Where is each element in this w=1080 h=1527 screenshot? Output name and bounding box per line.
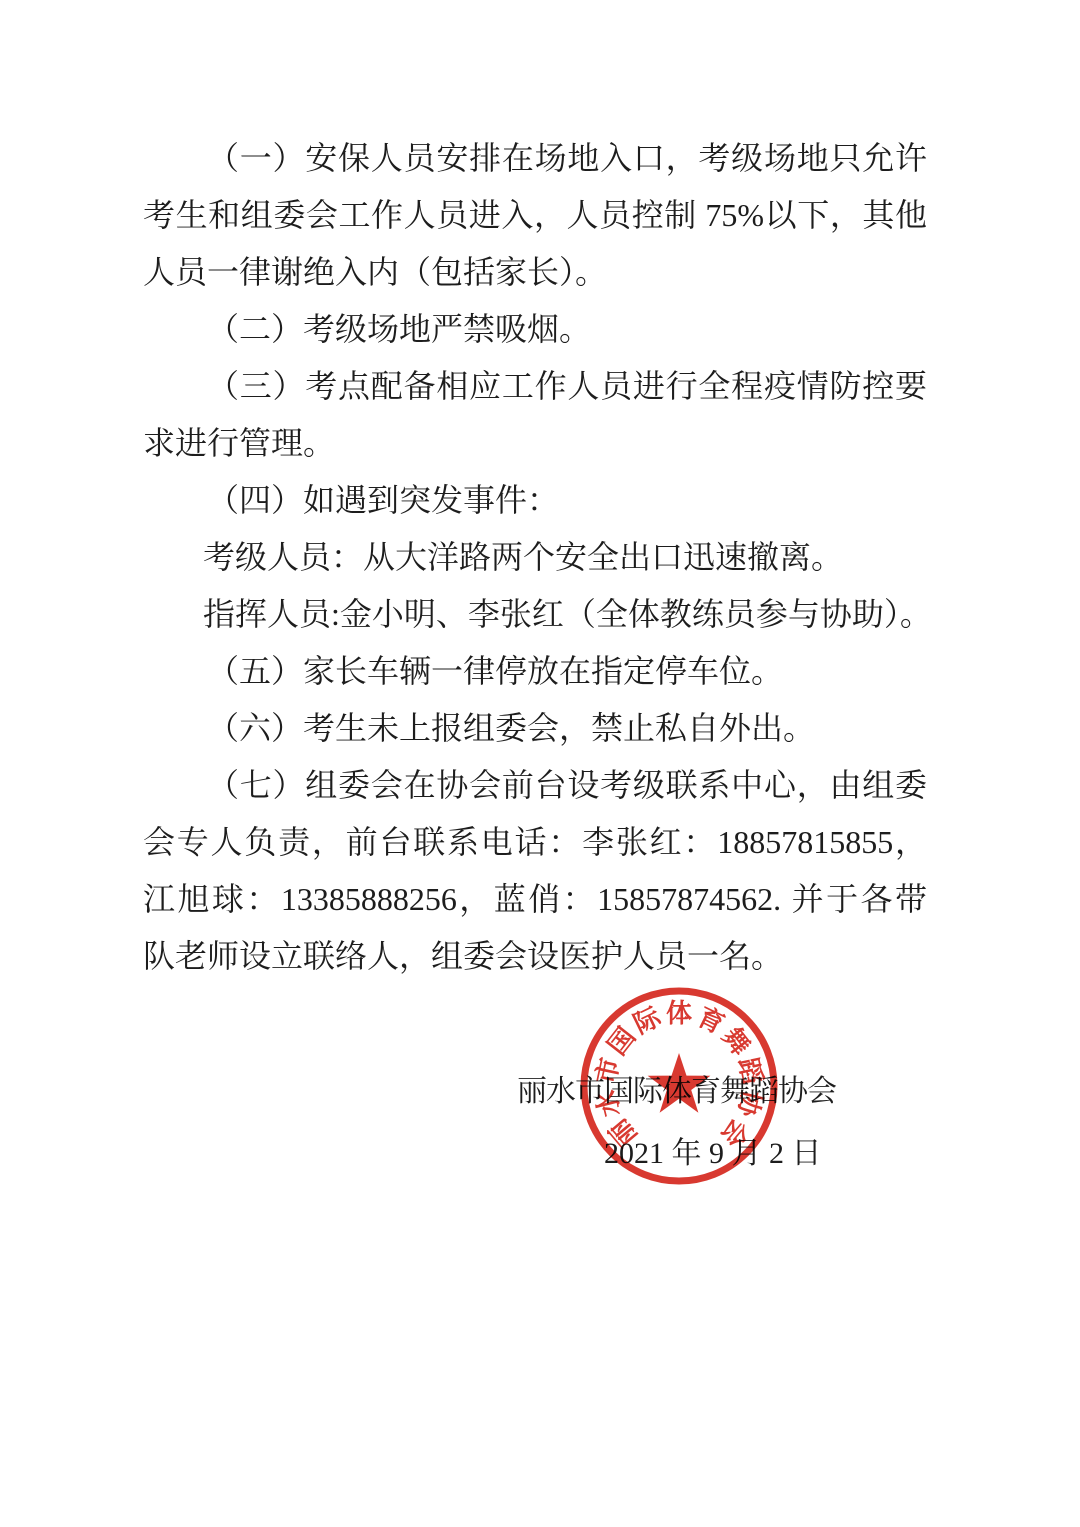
seal-star-icon — [648, 1053, 711, 1113]
document-line: 考生和组委会工作人员进入，人员控制 75%以下，其他 — [143, 187, 927, 244]
document-line: 江旭球：13385888256，蓝俏：15857874562. 并于各带 — [143, 871, 927, 928]
document-line: 队老师设立联络人，组委会设医护人员一名。 — [143, 928, 927, 985]
document-line: （二）考级场地严禁吸烟。 — [143, 301, 927, 358]
document-line: （一）安保人员安排在场地入口，考级场地只允许 — [143, 130, 927, 187]
seal-ring-char: 协 — [732, 1087, 767, 1120]
seal-ring-char: 市 — [591, 1055, 625, 1086]
official-seal: 丽水市国际体育舞蹈协会 — [569, 976, 789, 1196]
seal-ring-char: 水 — [591, 1087, 625, 1119]
seal-ring-char: 际 — [629, 1002, 666, 1040]
document-line: （六）考生未上报组委会，禁止私自外出。 — [143, 700, 927, 757]
document-line: 指挥人员:金小明、李张红（全体教练员参与协助）。 — [143, 586, 927, 643]
document-line: （三）考点配备相应工作人员进行全程疫情防控要 — [143, 358, 927, 415]
document-line: （七）组委会在协会前台设考级联系中心，由组委 — [143, 757, 927, 814]
document-line: 人员一律谢绝入内（包括家长）。 — [143, 244, 927, 301]
document-page: （一）安保人员安排在场地入口，考级场地只允许考生和组委会工作人员进入，人员控制 … — [0, 0, 1080, 1527]
seal-ring-char: 体 — [666, 999, 692, 1028]
document-body: （一）安保人员安排在场地入口，考级场地只允许考生和组委会工作人员进入，人员控制 … — [143, 130, 927, 985]
document-line: （五）家长车辆一律停放在指定停车位。 — [143, 643, 927, 700]
document-line: 求进行管理。 — [143, 415, 927, 472]
document-line: （四）如遇到突发事件： — [143, 472, 927, 529]
seal-ring-char: 蹈 — [733, 1055, 767, 1086]
document-line: 会专人负责，前台联系电话：李张红：18857815855， — [143, 814, 927, 871]
document-line: 考级人员：从大洋路两个安全出口迅速撤离。 — [143, 529, 927, 586]
